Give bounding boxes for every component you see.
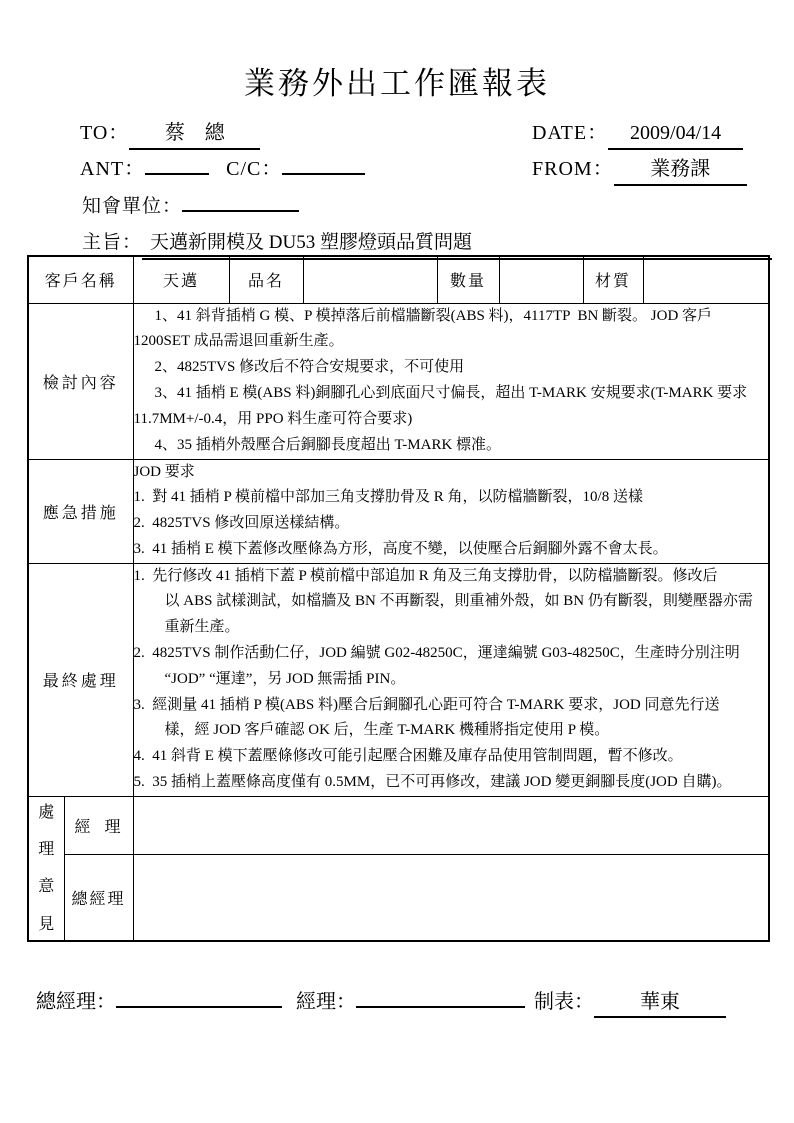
ant-line: ANT：C/C：	[80, 156, 365, 182]
notify-label: 知會單位：	[82, 196, 182, 217]
signature-footer: 總經理： 經理： 制表：華東	[0, 985, 794, 1019]
report-form-page: 業務外出工作匯報表 TO：蔡 總 DATE：2009/04/14 ANT：C/C…	[0, 0, 794, 1123]
customer-name-header: 客戶名稱	[28, 256, 133, 303]
from-label: FROM：	[532, 158, 614, 180]
date-field: 2009/04/14	[608, 120, 743, 150]
footer-manager-group: 經理：	[296, 985, 525, 1014]
opinion-char: 見	[38, 917, 54, 933]
emergency-content-cell: JOD 要求 1. 對 41 插梢 P 模前檔中部加三角支撐肋骨及 R 角，以防…	[133, 459, 769, 563]
review-line: 4、35 插梢外殼壓合后銅腳長度超出 T-MARK 標准。	[134, 433, 769, 459]
final-line: 4. 41 斜背 E 模下蓋壓條修改可能引起壓合困難及庫存品使用管制問題，暫不修…	[134, 744, 769, 770]
manager-label-cell: 經 理	[64, 796, 133, 854]
to-label: TO：	[80, 122, 129, 144]
emergency-line: JOD 要求	[134, 460, 769, 486]
footer-preparer-field: 華東	[594, 985, 726, 1018]
opinion-gm-row: 總經理	[28, 854, 769, 941]
final-line: “JOD” “運達”，另 JOD 無需插 PIN。	[134, 667, 769, 693]
emergency-line: 1. 對 41 插梢 P 模前檔中部加三角支撐肋骨及 R 角，以防檔牆斷裂，10…	[134, 485, 769, 511]
final-line: 5. 35 插梢上蓋壓條高度僅有 0.5MM，已不可再修改，建議 JOD 變更銅…	[134, 770, 769, 796]
customer-name-value: 天邁	[133, 256, 229, 303]
from-line: FROM：業務課	[532, 156, 747, 186]
date-line: DATE：2009/04/14	[532, 120, 743, 150]
final-line: 以 ABS 試樣測試，如檔牆及 BN 不再斷裂，則重補外殼，如 BN 仍有斷裂，…	[134, 589, 769, 615]
to-field: 蔡 總	[129, 120, 260, 150]
emergency-row-label: 應急措施	[28, 459, 133, 563]
final-content-cell: 1. 先行修改 41 插梢下蓋 P 模前檔中部追加 R 角及三角支撐肋骨，以防檔…	[133, 563, 769, 796]
opinion-char: 理	[38, 842, 54, 858]
footer-manager-field	[356, 1004, 525, 1008]
review-line: 3、41 插梢 E 模(ABS 料)銅腳孔心到底面尺寸偏長，超出 T-MARK …	[134, 381, 769, 407]
opinion-manager-row: 處 理 意 見 經 理	[28, 796, 769, 854]
final-row-label: 最終處理	[28, 563, 133, 796]
footer-gm-field	[116, 1004, 282, 1008]
page-title: 業務外出工作匯報表	[0, 58, 794, 103]
subject-label: 主旨：	[82, 232, 142, 253]
cc-label: C/C：	[226, 158, 282, 180]
footer-gm-label: 總經理：	[36, 991, 116, 1013]
final-line: 重新生產。	[134, 615, 769, 641]
opinion-label-chars: 處 理 意 見	[29, 805, 64, 933]
footer-preparer-label: 制表：	[534, 991, 594, 1013]
ant-field	[145, 171, 209, 175]
material-value	[643, 256, 769, 303]
notify-field	[182, 208, 299, 212]
from-field: 業務課	[614, 156, 747, 186]
manager-opinion-cell	[133, 796, 769, 854]
review-line: 11.7MM+/-0.4，用 PPO 料生產可符合要求)	[134, 407, 769, 433]
opinion-char: 意	[38, 879, 54, 895]
report-table: 客戶名稱 天邁 品名 數量 材質 檢討內容 1、41 斜背插梢 G 模、P 模掉…	[27, 255, 770, 942]
footer-manager-label: 經理：	[296, 991, 356, 1013]
ant-label: ANT：	[80, 158, 145, 180]
product-name-header: 品名	[229, 256, 303, 303]
final-line: 樣，經 JOD 客戶確認 OK 后，生產 T-MARK 機種將指定使用 P 模。	[134, 718, 769, 744]
final-line: 3. 經測量 41 插梢 P 模(ABS 料)壓合后銅腳孔心距可符合 T-MAR…	[134, 693, 769, 719]
quantity-header: 數量	[437, 256, 499, 303]
gm-label-cell: 總經理	[64, 854, 133, 941]
footer-gm-group: 總經理：	[36, 985, 282, 1014]
footer-preparer-group: 制表：華東	[534, 985, 726, 1018]
emergency-row: 應急措施 JOD 要求 1. 對 41 插梢 P 模前檔中部加三角支撐肋骨及 R…	[28, 459, 769, 563]
quantity-value	[499, 256, 583, 303]
opinion-char: 處	[38, 805, 54, 821]
review-line: 1200SET 成品需退回重新生產。	[134, 329, 769, 355]
material-header: 材質	[583, 256, 643, 303]
final-line: 2. 4825TVS 制作活動仁仔，JOD 編號 G02-48250C，運達編號…	[134, 641, 769, 667]
cc-field	[282, 171, 365, 175]
gm-opinion-cell	[133, 854, 769, 941]
final-line: 1. 先行修改 41 插梢下蓋 P 模前檔中部追加 R 角及三角支撐肋骨，以防檔…	[134, 564, 769, 590]
review-line: 1、41 斜背插梢 G 模、P 模掉落后前檔牆斷裂(ABS 料)，4117TP …	[134, 304, 769, 330]
emergency-line: 2. 4825TVS 修改回原送樣結構。	[134, 511, 769, 537]
review-line: 2、4825TVS 修改后不符合安規要求，不可使用	[134, 355, 769, 381]
date-label: DATE：	[532, 122, 608, 144]
review-content-cell: 1、41 斜背插梢 G 模、P 模掉落后前檔牆斷裂(ABS 料)，4117TP …	[133, 303, 769, 459]
review-row: 檢討內容 1、41 斜背插梢 G 模、P 模掉落后前檔牆斷裂(ABS 料)，41…	[28, 303, 769, 459]
opinion-vertical-label: 處 理 意 見	[28, 796, 64, 941]
to-line: TO：蔡 總	[80, 120, 260, 150]
emergency-line: 3. 41 插梢 E 模下蓋修改壓條為方形，高度不變，以使壓合后銅腳外露不會太長…	[134, 537, 769, 563]
notify-line: 知會單位：	[82, 194, 299, 220]
table-header-row: 客戶名稱 天邁 品名 數量 材質	[28, 256, 769, 303]
product-name-value	[303, 256, 437, 303]
final-row: 最終處理 1. 先行修改 41 插梢下蓋 P 模前檔中部追加 R 角及三角支撐肋…	[28, 563, 769, 796]
review-row-label: 檢討內容	[28, 303, 133, 459]
